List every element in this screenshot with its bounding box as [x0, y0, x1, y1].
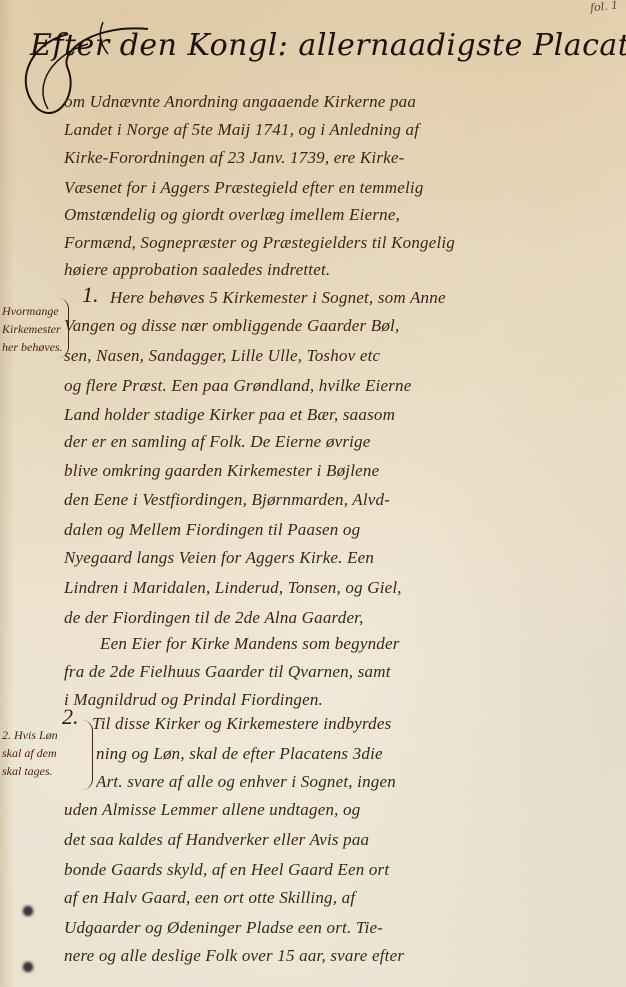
text-line: Væsenet for i Aggers Præstegield efter e…	[64, 178, 624, 198]
text-line: Vangen og disse nær ombliggende Gaarder …	[64, 316, 624, 336]
text-line: Landet i Norge af 5te Maij 1741, og i An…	[64, 120, 624, 140]
text-line: bonde Gaards skyld, af en Heel Gaard Een…	[64, 860, 624, 880]
text-line: af en Halv Gaard, een ort otte Skilling,…	[64, 888, 624, 908]
text-line: ning og Løn, skal de efter Placatens 3di…	[96, 744, 626, 764]
text-line: der er en samling af Folk. De Eierne øvr…	[64, 432, 624, 452]
text-line: høiere approbation saaledes indrettet.	[64, 260, 624, 280]
binding-hole	[20, 960, 36, 974]
text-line: Land holder stadige Kirker paa et Bær, s…	[64, 405, 624, 425]
text-line: i Magnildrud og Prindal Fiordingen.	[64, 690, 624, 710]
text-line: Udgaarder og Ødeninger Pladse een ort. T…	[64, 918, 624, 938]
manuscript-body: om Udnævnte Anordning angaaende Kirkerne…	[0, 0, 626, 987]
text-line: det saa kaldes af Handverker eller Avis …	[64, 830, 624, 850]
text-line: Art. svare af alle og enhver i Sognet, i…	[96, 772, 626, 792]
text-line: nere og alle deslige Folk over 15 aar, s…	[64, 946, 624, 966]
text-line: Kirke-Forordningen af 23 Janv. 1739, ere…	[64, 148, 624, 168]
item-number: 2.	[62, 704, 79, 730]
text-line: blive omkring gaarden Kirkemester i Bøjl…	[64, 461, 624, 481]
text-line-underlined: Til disse Kirker og Kirkemestere indbyrd…	[92, 714, 622, 734]
text-line-underlined: Here behøves 5 Kirkemester i Sognet, som…	[110, 288, 620, 308]
manuscript-page: fol. 1 Efter den Kongl: allernaadigste P…	[0, 0, 626, 987]
margin-brace	[58, 298, 69, 358]
text-line: Omstændelig og giordt overlæg imellem Ei…	[64, 205, 624, 225]
text-line: og flere Præst. Een paa Grøndland, hvilk…	[64, 376, 624, 396]
margin-note: Hvormange Kirkemester her behøves.	[2, 302, 64, 356]
text-line: fra de 2de Fielhuus Gaarder til Qvarnen,…	[64, 662, 624, 682]
text-line: Nyegaard langs Veien for Aggers Kirke. E…	[64, 548, 624, 568]
margin-brace	[82, 720, 93, 790]
text-line: den Eene i Vestfiordingen, Bjørnmarden, …	[64, 490, 624, 510]
margin-note: 2. Hvis Løn skal af dem skal tages.	[2, 726, 64, 780]
text-line: de der Fiordingen til de 2de Alna Gaarde…	[64, 608, 624, 628]
binding-hole	[20, 904, 36, 918]
text-line: Formænd, Sognepræster og Præstegielders …	[64, 233, 624, 253]
text-line: uden Almisse Lemmer allene undtagen, og	[64, 800, 624, 820]
text-line: sen, Nasen, Sandagger, Lille Ulle, Tosho…	[64, 346, 624, 366]
text-line: om Udnævnte Anordning angaaende Kirkerne…	[64, 92, 624, 112]
item-number: 1.	[82, 282, 99, 308]
text-line: dalen og Mellem Fiordingen til Paasen og	[64, 520, 624, 540]
text-line: Een Eier for Kirke Mandens som begynder	[100, 634, 626, 654]
text-line: Lindren i Maridalen, Linderud, Tonsen, o…	[64, 578, 624, 598]
